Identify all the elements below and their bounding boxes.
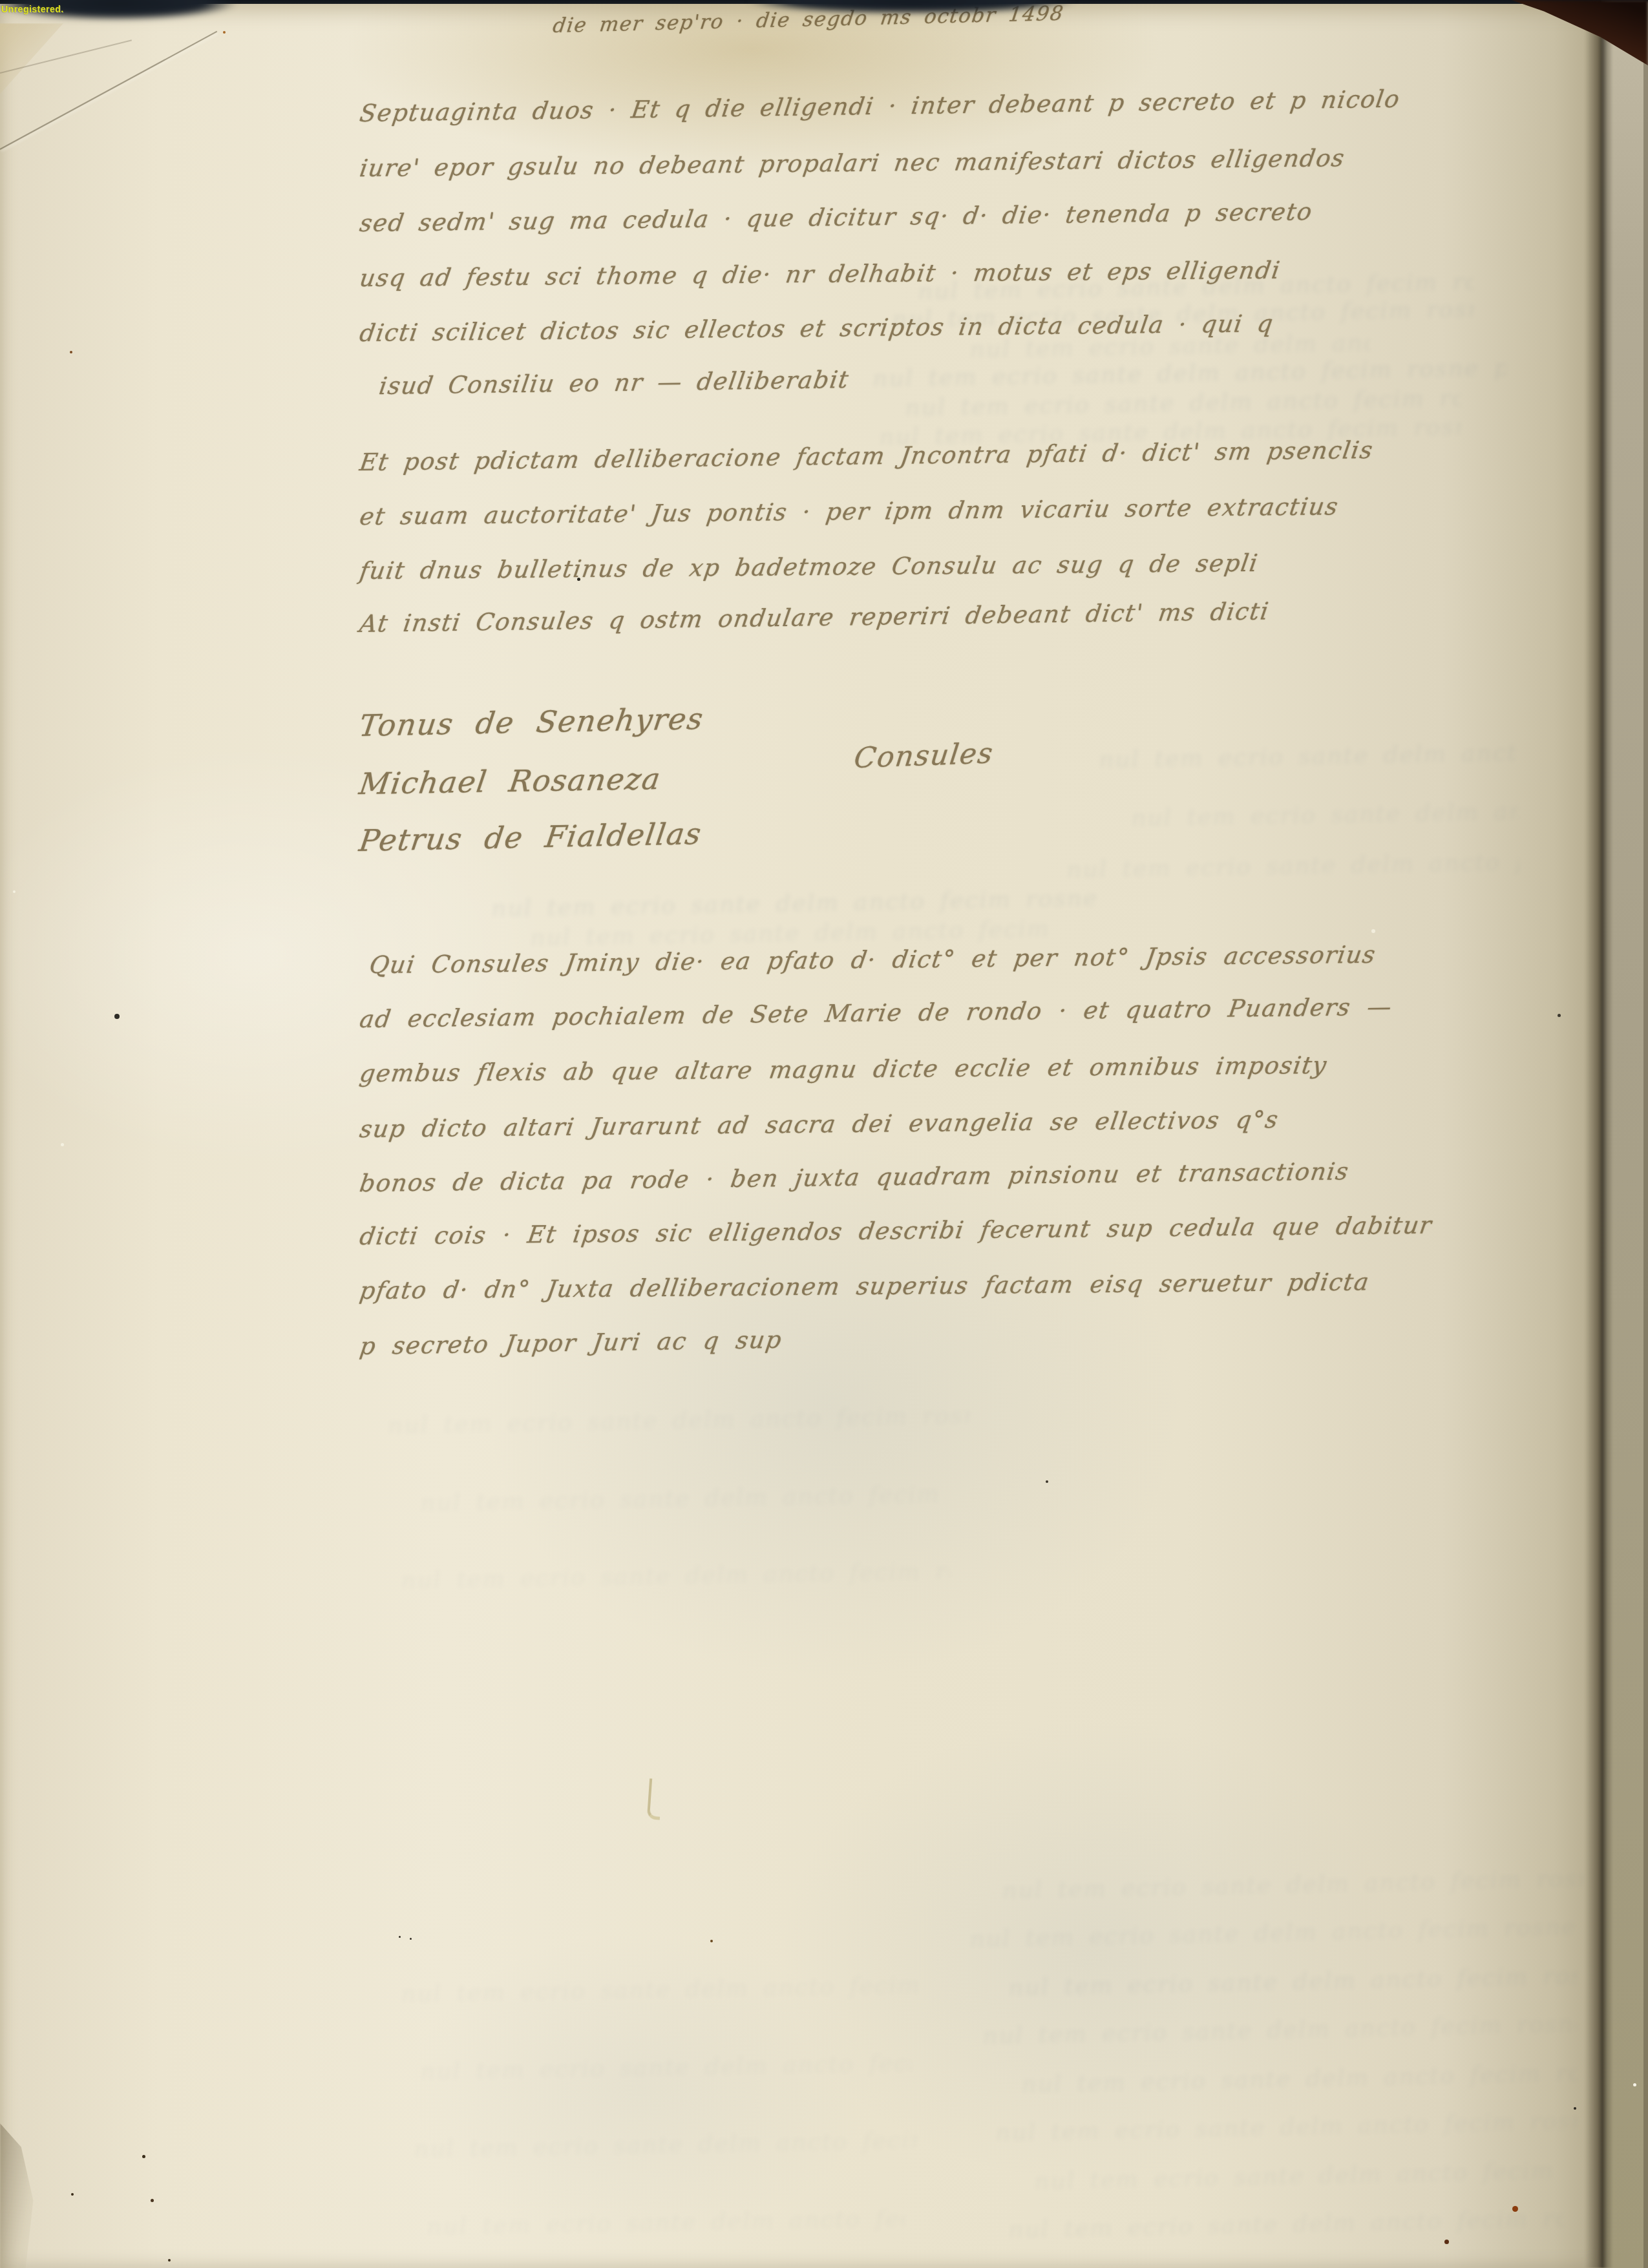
manuscript-page: nul tem ecrio sante delm ancto fecim ros… — [0, 4, 1601, 2268]
ink-speck — [142, 2155, 145, 2158]
ink-speck — [114, 1014, 120, 1019]
ink-speck — [399, 1936, 401, 1938]
ink-speck — [61, 1143, 64, 1146]
ink-speck — [1046, 1480, 1048, 1483]
next-page-outer-shadow — [1643, 0, 1648, 2268]
ink-speck — [410, 1938, 412, 1940]
ink-speck — [1558, 1014, 1561, 1017]
ink-speck — [151, 2199, 154, 2202]
ink-speck — [13, 890, 16, 893]
manuscript-scan: nul tem ecrio sante delm ancto fecim ros… — [0, 0, 1648, 2268]
scanner-watermark: Unregistered. — [1, 4, 64, 14]
ink-speck — [1371, 929, 1375, 933]
ink-speck — [71, 2193, 74, 2196]
ink-speck — [70, 351, 72, 353]
ink-speck — [168, 2259, 171, 2262]
ink-speck — [1444, 2240, 1449, 2244]
ink-speck — [1574, 2107, 1576, 2110]
ink-speck — [710, 1940, 713, 1942]
ink-speck — [577, 578, 580, 581]
page-gap-shadow — [1585, 0, 1613, 2268]
specks-layer — [0, 4, 1601, 2268]
ink-speck — [223, 31, 226, 34]
ink-speck — [1512, 2206, 1518, 2212]
ink-speck — [1633, 2083, 1636, 2086]
